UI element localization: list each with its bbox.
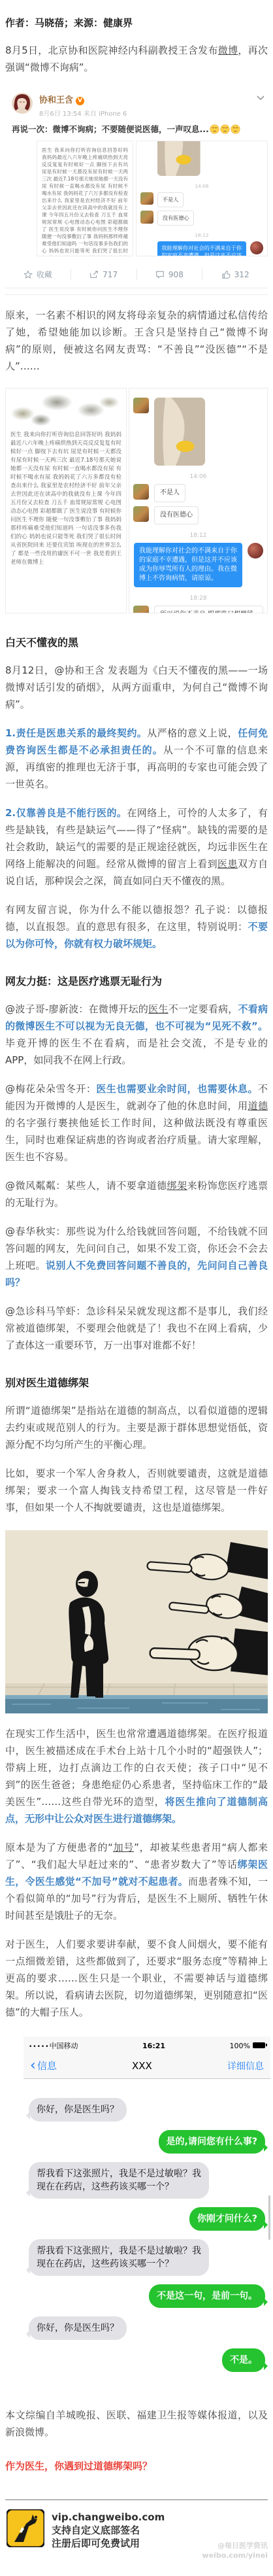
imessage-screenshot[interactable]: •••••中国移动 16:21 100% ‹信息 XXX 详细信息 你好，你是医… <box>24 2036 270 2395</box>
text-segment: 医生 <box>148 1003 169 1015</box>
message-list: 你好，你是医生吗？ 是的,请问您有什么事? 帮我看下这张照片，我是不是过敏啦？我… <box>24 2079 270 2395</box>
status-bar: •••••中国移动 16:21 100% <box>24 2036 270 2053</box>
avatar <box>133 484 149 500</box>
paragraph: 比如，要求一个军人舍身救人，否则就要谴责，这就是道德绑架；要求一个富人掏钱支持希… <box>5 1465 268 1516</box>
nav-bar: ‹信息 XXX 详细信息 <box>24 2053 270 2079</box>
text-segment: @微风粼粼：某些人，请不要拿道德 <box>5 1180 167 1192</box>
message-row: 帮我看下这张照片，我是不是过敏啦？我现在在药店，这些药该买哪一个？ <box>29 2162 265 2199</box>
text-segment: 的名字强行裹挟他延长工作时间，这种做法既没有尊重医生，同时也难保证病患的咨询或者… <box>5 1117 268 1163</box>
footer-url[interactable]: vip.changweibo.com <box>52 2511 165 2524</box>
weibo-post-text: 再说一次：微博不询病；不要随便说医德，一声叹息... <box>12 124 268 135</box>
chevron-down-icon[interactable] <box>256 92 265 104</box>
chat-bubble: 不是人 <box>154 484 185 502</box>
redacted-scribble <box>9 392 123 427</box>
weibo-action-bar: 收藏 717 908 312 <box>5 263 268 286</box>
paragraph-intro: 8月5日，北京协和医院神经内科副教授王含发布微博，再次强调“微博不询病”。 <box>5 42 268 76</box>
footer-text: vip.changweibo.com 支持自定义底部签名 注册后即可免费试用 <box>52 2509 165 2550</box>
text-segment: 有网友留言说，你为什么不能以德报怨？孔子说：以德报德，以直报怨。直的意思有很多，… <box>5 904 268 933</box>
emoji-sigh-icon <box>210 124 219 134</box>
star-icon <box>24 270 33 279</box>
paragraph: 2.仅靠善良是不能行医的。在网络上，可怜的人太多了，有些是缺钱，有些是缺运气——… <box>5 804 268 889</box>
chat-row: 我能理解你对社会的不满来自于你的家庭不幸遭遇，但是这并不应该成为你辱骂所有人的理… <box>140 241 263 256</box>
conversation-title: XXX <box>132 2060 152 2072</box>
paragraph: @春华秋实：那些说为什么给钱就回答问题，不给钱就不回答问题的网友，先问问自己，如… <box>5 1223 268 1291</box>
repost-icon <box>89 270 99 279</box>
avatar <box>133 606 149 613</box>
message-row: 你刚才问什么? <box>29 2207 265 2231</box>
paragraph: 1.责任是医患关系的最终契约。从严格的意义上说，任何免费咨询医生都是不必承担责任… <box>5 725 268 793</box>
comment-icon <box>155 270 165 279</box>
paragraph: @微风粼粼：某些人，请不要拿道德绑架来粉饰您医疗逃票的无耻行为。 <box>5 1177 268 1211</box>
avatar[interactable] <box>12 93 33 114</box>
paragraph: 有网友留言说，你为什么不能以德报怨？孔子说：以德报德，以直报怨。直的意思有很多，… <box>5 901 268 952</box>
chat-row: 没有医德心 <box>140 211 263 226</box>
text-segment: 8月5日，北京协和医院神经内科副教授王含发布 <box>5 44 218 56</box>
clock: 16:21 <box>142 2042 165 2050</box>
text-segment: 医生也需要业余时间，也需要休息。 <box>96 1083 258 1095</box>
paragraph: @梅花朵朵雪冬开：医生也需要业余时间，也需要休息。不能因为开微博的人是医生，就剥… <box>5 1080 268 1165</box>
chat-timestamp: 14:06 <box>133 473 263 480</box>
text-segment: 绑架 <box>167 1180 187 1192</box>
sent-bubble: 不是。 <box>222 2348 265 2372</box>
message-row: 你好，你是医生吗？ <box>29 2098 265 2121</box>
sent-bubble: 你刚才问什么? <box>189 2207 265 2231</box>
received-bubble: 帮我看下这张照片，我是不是过敏啦？我现在在药店，这些药该买哪一个？ <box>29 2162 209 2199</box>
emoji-sigh-icon <box>231 124 240 134</box>
chat-timestamp: 18:28 <box>133 595 263 602</box>
paragraph: 本文综编自羊城晚报、医联、福建卫生报等媒体报道，以及新浪微博。 <box>5 2407 268 2441</box>
watermark: @每日医学资讯 weibo.com/yinei <box>202 2541 268 2560</box>
paragraph: @急诊科马竿虾：急诊科呆呆就发现这都不是事儿，我们经常被道德绑架，不要理会他就是… <box>5 1303 268 1354</box>
chat-bubble: 不是人 <box>157 192 184 207</box>
paragraph: 8月12日，@协和王含 发表题为《白天不懂夜的黑——一场微博对话引发的硝烟》，从… <box>5 662 268 713</box>
patient-long-message: 医生 我来向你打听咨询信息回答好吗 我妈妈最近八六年晚上疼痛烘热到天亮反反复复有… <box>5 388 127 613</box>
chat-bubble: 没有医德心 <box>157 211 194 226</box>
chat-screenshot-left-thumb[interactable]: 医生 我来向你打听咨询信息回答好吗 我妈妈最近八六年晚上疼痛烘热到天亮反反复复有… <box>37 141 133 256</box>
battery-status: 100% <box>230 2042 265 2050</box>
text-segment: 毕竟开博的医生不在看病，而是社会交流，不是专业的APP，如同我不在网上行政。 <box>5 1037 268 1066</box>
sent-bubble: 不是这一句，是前一句。 <box>149 2284 265 2308</box>
verified-badge-icon: V <box>76 97 84 105</box>
message-row: 不是。 <box>29 2348 265 2372</box>
photo-attachment <box>154 398 205 466</box>
chat-row: 不是人 <box>133 484 263 502</box>
paragraph: 原本是为了方便患者的“加号”，却被某些患者用“病人都来了”、“我们起大早赶过来的… <box>5 1839 268 1924</box>
carrier: •••••中国移动 <box>29 2040 78 2051</box>
chat-row <box>140 141 263 177</box>
weibo-identity: 协和王含V 8月6日 13:54 来自 iPhone 6 <box>39 93 268 118</box>
section-heading: 网友力挺：这是医疗逃票无耻行为 <box>5 974 268 989</box>
giraffe-logo-icon[interactable] <box>7 2509 44 2547</box>
text-segment: 从严格的意义上说， <box>147 727 238 739</box>
message-row: 帮我看下这张照片，我是不是过敏啦？我现在在药店，这些药该买哪一个？ <box>29 2239 265 2276</box>
chat-timestamp: 14:06 <box>140 183 263 189</box>
weibo-link[interactable]: 微博 <box>218 44 238 56</box>
back-button[interactable]: ‹信息 <box>30 2059 57 2072</box>
avatar <box>248 543 263 558</box>
text-segment: @梅花朵朵雪冬开： <box>5 1083 96 1095</box>
chat-row <box>133 398 263 466</box>
back-chevron-icon: ‹ <box>30 2061 36 2070</box>
chat-timestamp: 18:12 <box>133 532 263 539</box>
chat-screenshot-right-thumb[interactable]: 14:06 不是人 没有医德心 18:12 我能理解你对社会的不满来自于你的家庭… <box>136 141 268 256</box>
avatar <box>133 506 149 522</box>
text-segment: @波子哥-廖新波：在微博开坛的 <box>5 1003 148 1015</box>
chat-timestamp: 18:12 <box>140 232 263 238</box>
paragraph: 原来，一名素不相识的网友将母亲复杂的病情通过私信传给了她，希望她能加以诊断。王含… <box>5 307 268 375</box>
text-segment: 不一定要看病， <box>169 1003 238 1015</box>
text-segment: 原本是为了方便患者的“ <box>5 1842 113 1853</box>
favorite-button[interactable]: 收藏 <box>5 269 71 280</box>
byline: 作者：马晓蓓；来源：健康界 <box>5 16 268 30</box>
paragraph: 对于医生，人们要求要讲奉献，要不食人间烟火，要不能有一点细微差错，这些都做到了，… <box>5 1936 268 2021</box>
text-segment: 道德 <box>248 1100 268 1112</box>
message-row: 你好，你是医生吗？ <box>29 2316 265 2340</box>
text-segment: 2.仅靠善良是不能行医的。 <box>5 807 127 819</box>
emoji-sigh-icon <box>220 124 230 134</box>
avatar <box>250 241 263 254</box>
text-segment: 医患 <box>217 858 238 870</box>
closing-question: 作为医生，你遇到过道德绑架吗？ <box>5 2459 268 2473</box>
section-heading: 白天不懂夜的黑 <box>5 636 268 650</box>
article-page: 作者：马晓蓓；来源：健康界 8月5日，北京协和医院神经内科副教授王含发布微博，再… <box>0 16 273 2576</box>
divider <box>5 294 268 295</box>
sent-bubble: 是的,请问您有什么事? <box>159 2130 265 2154</box>
avatar <box>140 192 153 205</box>
chat-bubble: 所以说你不善良 跟那些只想赚钱的黑医没有什么区别 就是有你们这些医生害死了多少人… <box>154 606 263 613</box>
text-segment: 加号 <box>113 1842 134 1853</box>
thumbs-up-icon <box>221 270 231 279</box>
dm-thread: 14:06 不是人 没有医德心 18:12 我能理解你对社会的不满来自于你的家庭… <box>129 388 268 613</box>
battery-icon <box>253 2042 265 2048</box>
changweibo-footer: vip.changweibo.com 支持自定义底部签名 注册后即可免费试用 @… <box>5 2500 268 2569</box>
like-button[interactable]: 312 <box>202 269 268 280</box>
chat-row: 不是人 <box>140 192 263 207</box>
repost-button[interactable]: 717 <box>71 269 136 280</box>
details-button[interactable]: 详细信息 <box>227 2059 264 2072</box>
chat-row: 所以说你不善良 跟那些只想赚钱的黑医没有什么区别 就是有你们这些医生害死了多少人… <box>133 606 263 613</box>
scrollbar[interactable] <box>268 2195 270 2240</box>
message-row: 不是这一句，是前一句。 <box>29 2284 265 2308</box>
section-heading: 别对医生道德绑架 <box>5 1376 268 1390</box>
received-bubble: 帮我看下这张照片，我是不是过敏啦？我现在在药店，这些药该买哪一个？ <box>29 2239 209 2276</box>
chat-row: 我能理解你对社会的不满来自于你的家庭不幸遭遇，但是这并不应该成为你辱骂所有人的理… <box>133 543 263 587</box>
paragraph: 在现实工作生活中，医生也常常遭遇道德绑架。在医疗报道中，医生被描述成在手术台上站… <box>5 1725 268 1827</box>
photo-attachment <box>157 141 201 177</box>
paragraph: @波子哥-廖新波：在微博开坛的医生不一定要看病，不看病的微博医生不可以视为无良无… <box>5 1001 268 1069</box>
comment-button[interactable]: 908 <box>136 269 202 280</box>
chat-bubble: 没有医德心 <box>154 506 199 524</box>
post-meta: 8月6日 13:54 来自 iPhone 6 <box>39 108 268 118</box>
signal-dots-icon: ••••• <box>29 2044 50 2050</box>
paragraph: 所谓“道德绑架”是指站在道德的制高点，以看似道德的逻辑去约束或规范别人的行为。主… <box>5 1402 268 1453</box>
pointing-fingers-illustration[interactable] <box>5 1530 268 1713</box>
avatar <box>140 211 153 224</box>
weibo-card-header: 协和王含V 8月6日 13:54 来自 iPhone 6 <box>5 93 268 118</box>
weibo-attached-images[interactable]: 医生 我来向你打听咨询信息回答好吗 我妈妈最近八六年晚上疼痛烘热到天亮反反复复有… <box>37 141 268 256</box>
chat-row: 没有医德心 <box>133 506 263 524</box>
message-row: 是的,请问您有什么事? <box>29 2130 265 2154</box>
avatar <box>133 398 149 413</box>
weibo-card: 协和王含V 8月6日 13:54 来自 iPhone 6 再说一次：微博不询病；… <box>5 93 268 288</box>
received-bubble: 你好，你是医生吗？ <box>29 2098 127 2121</box>
chat-bubble-blue: 我能理解你对社会的不满来自于你的家庭不幸遭遇，但是这并不应该成为你辱骂所有人的理… <box>134 543 242 587</box>
weibo-username[interactable]: 协和王含 <box>39 95 73 105</box>
received-bubble: 你好，你是医生吗？ <box>29 2316 127 2340</box>
chat-bubble-blue: 我能理解你对社会的不满来自于你的家庭不幸遭遇，但是这并不应该成为你辱骂所有人的理… <box>157 241 246 256</box>
dm-conversation-screenshot[interactable]: 医生 我来向你打听咨询信息回答好吗 我妈妈最近八六年晚上疼痛烘热到天亮反反复复有… <box>5 388 268 613</box>
footer-line: 支持自定义底部签名 <box>52 2524 165 2537</box>
text-segment: 1.责任是医患关系的最终契约。 <box>5 727 147 739</box>
footer-line: 注册后即可免费试用 <box>52 2537 165 2550</box>
